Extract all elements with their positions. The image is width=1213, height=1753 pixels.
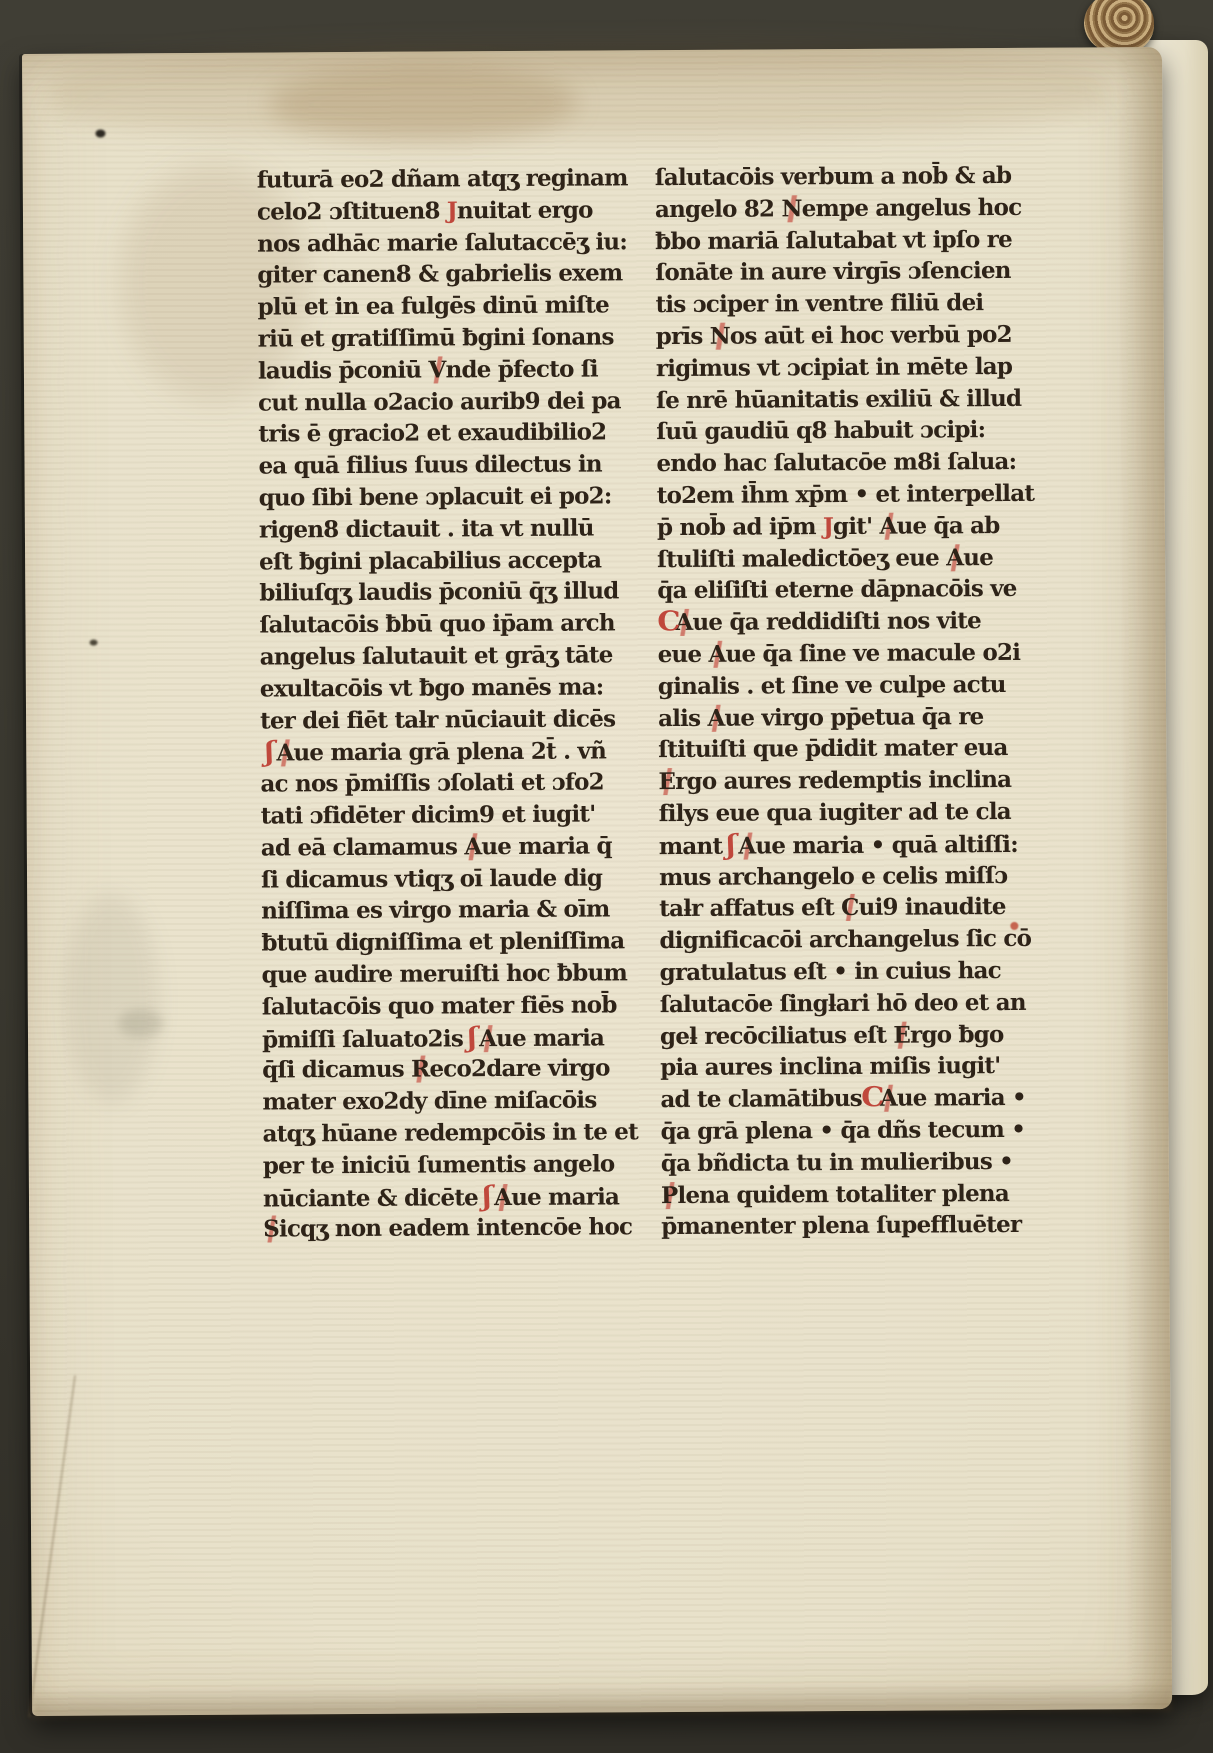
text-run: per te iniciū ſumentis angelo [263, 1150, 615, 1179]
red-stroked-initial: A [946, 544, 963, 571]
text-run: filys eue qua iugiter ad te cla [659, 798, 1011, 827]
text-run: geƚ recōciliatus eſt [660, 1021, 894, 1049]
text-run: os aūt ei hoc verbū po2 [730, 321, 1012, 350]
text-line: Ergo aures redemptis inclina [658, 764, 1010, 798]
text-line: giter canen8 & gabrielis exem [257, 258, 609, 292]
red-stroked-initial: A [708, 641, 725, 668]
text-line: to2em ih̄m xp̄m • et interpellat [657, 478, 1009, 512]
text-line: ſalutacōis ƀbū quo ip̄am arch [259, 608, 611, 642]
text-run: nuitat ergo [457, 196, 593, 224]
text-run: ſalutacōis quo mater fiēs nob̄ [262, 991, 617, 1020]
text-run: ſtuliſti maledictōeʒ eue [657, 544, 946, 573]
text-run: nos adhāc marie ſalutaccēʒ iu: [257, 228, 627, 257]
text-line: p̄ nob̄ ad ip̄m Jgit' Aue q̄a ab [657, 510, 1009, 544]
text-line: alis Aue virgo pp̄etua q̄a re [658, 701, 1010, 735]
text-run: giter canen8 & gabrielis exem [257, 260, 622, 289]
text-run: taƚr affatus eſt [659, 894, 841, 922]
text-line: rigen8 dictauit . ita vt nullū [259, 512, 611, 546]
text-line: ſuū gaudiū q8 habuit ɔcipi: [656, 414, 1008, 448]
text-line: laudis p̄coniū Vnde p̄fecto ſi [258, 353, 610, 387]
page-crease [28, 1375, 76, 1717]
text-run: ue virgo pp̄etua q̄a re [724, 703, 983, 732]
text-run: ſalutacōe ſingƚari hō deo et an [660, 989, 1026, 1018]
text-line: ſonāte in aure virgīs ɔſencien [655, 255, 1007, 289]
text-run: mater exo2dy dīne miſacōis [262, 1087, 596, 1116]
stain [32, 1681, 1172, 1718]
text-run: ue maria [496, 1024, 604, 1052]
text-column-right: ſalutacōis verbum a nob̄ & abangelo 82 N… [655, 160, 1014, 1243]
text-line: quo ſibi bene ɔplacuit ei po2: [259, 480, 611, 514]
text-line: eſt ƀgini placabilius accepta [259, 544, 611, 578]
text-line: q̄a bñdicta tu in mulieribus • [661, 1146, 1013, 1180]
text-run: tati ɔfidēter dicim9 et iugit' [261, 800, 596, 829]
red-stroked-initial: P [661, 1182, 678, 1209]
text-line: ſtituiſti que p̄didit mater eua [658, 732, 1010, 766]
red-stroked-initial: N [710, 323, 730, 350]
text-line: rigimus vt ɔcipiat in mēte lap [656, 351, 1008, 385]
text-run: endo hac ſalutacōe m8i ſalua: [656, 448, 1016, 477]
text-run: celo2 ɔſtituen8 [257, 197, 447, 225]
text-run: nūciante & dicēte [263, 1184, 478, 1212]
text-run: exultacōis vt ƀgo manēs ma: [260, 673, 604, 702]
red-stroked-initial: S [263, 1216, 279, 1243]
text-run: futurā eo2 dñam atqʒ reginam [257, 164, 628, 193]
text-line: pia aures inclina miſis iugit' [660, 1050, 1012, 1084]
text-line: biliuſqʒ laudis p̄coniū q̄ʒ illud [259, 576, 611, 610]
text-run: que audire meruiſti hoc ƀbum [262, 959, 628, 988]
text-line: geƚ recōciliatus eſt Ergo ƀgo [660, 1018, 1012, 1052]
text-line: ſalutacōe ſingƚari hō deo et an [660, 987, 1012, 1021]
red-stroked-initial: R [411, 1056, 429, 1083]
text-run: ea quā filius ſuus dilectus in [258, 451, 601, 480]
text-line: ea quā filius ſuus dilectus in [258, 449, 610, 483]
text-run: ƀtutū digniſſima et pleniſſima [261, 927, 624, 956]
text-run: dignificacōi archangelus ſic cō [659, 925, 1031, 954]
text-line: q̄ſi dicamus Reco2dare virgo [262, 1053, 614, 1087]
paragraph-mark-icon: C [862, 1082, 884, 1116]
text-line: ſtuliſti maledictōeʒ eue Aue [657, 542, 1009, 576]
text-run: icqʒ non eadem intencōe hoc [279, 1214, 632, 1243]
text-run: ter dei fiēt taƚr nūciauit dicēs [260, 705, 615, 734]
rubricated-initial: J [447, 197, 457, 224]
text-run: rgo aures redemptis inclina [675, 766, 1011, 795]
paragraph-mark-icon: C [657, 606, 679, 640]
text-run: ue maria • quā altiſſi: [755, 831, 1018, 860]
text-line: CAue q̄a reddidiſti nos vite [657, 605, 1009, 639]
text-run: p̄ nob̄ ad ip̄m [657, 513, 823, 541]
text-run: tis ɔciper in ventre filiū dei [655, 289, 983, 318]
text-column-left: futurā eo2 dñam atqʒ reginamcelo2 ɔſtitu… [257, 162, 616, 1245]
text-line: ſe nrē hūanitatis exiliū & illud [656, 383, 1008, 417]
red-stroked-initial: A [276, 740, 293, 767]
fore-edge-coil [1084, 0, 1154, 54]
text-line: riū et gratiſſimū ƀgini ſonans [258, 321, 610, 355]
text-run: gratulatus eſt • in cuius hac [660, 957, 1001, 986]
text-line: futurā eo2 dñam atqʒ reginam [257, 162, 609, 196]
paragraph-mark-icon: ʃ [466, 1021, 478, 1054]
text-line: ad eā clamamus Aue maria q̄ [261, 830, 613, 864]
text-line: ʃAue maria grā plena 2t̄ . vñ [260, 735, 612, 769]
red-stroked-initial: A [479, 1025, 496, 1052]
text-run: to2em ih̄m xp̄m • et interpellat [657, 480, 1035, 509]
text-run: rigimus vt ɔcipiat in mēte lap [656, 353, 1012, 382]
text-run: prīs [656, 323, 710, 350]
text-run: rigen8 dictauit . ita vt nullū [259, 514, 594, 543]
text-run: ue [963, 544, 993, 571]
red-stroked-initial: N [781, 195, 801, 222]
red-stroked-initial: A [879, 512, 896, 539]
text-run: p̄manenter plena ſupeffluēter [661, 1211, 1021, 1240]
ink-speck [95, 129, 105, 137]
stain [118, 1009, 164, 1037]
text-line: p̄miſſi ſaluato2isʃAue maria [262, 1021, 614, 1055]
red-stroked-initial: E [658, 768, 675, 795]
text-run: pia aures inclina miſis iugit' [660, 1052, 1000, 1081]
text-run: ginalis . et ſine ve culpe actu [658, 671, 1006, 700]
text-line: ƀbo mariā ſalutabat vt ipſo re [655, 224, 1007, 258]
red-stroked-initial: V [428, 356, 445, 383]
text-run: rgo ƀgo [910, 1021, 1004, 1049]
text-line: ter dei fiēt taƚr nūciauit dicēs [260, 703, 612, 737]
text-run: angelo 82 [655, 195, 782, 223]
text-run: q̄a bñdicta tu in mulieribus • [661, 1148, 1013, 1177]
text-line: plū et in ea fulgēs dinū miſte [257, 290, 609, 324]
book-scan-background: { "palette":{"paper":"#e9e2cc","ink":"#2… [0, 0, 1213, 1753]
text-run: p̄miſſi ſaluato2is [262, 1025, 463, 1053]
text-run: biliuſqʒ laudis p̄coniū q̄ʒ illud [259, 578, 618, 607]
text-run: ſonāte in aure virgīs ɔſencien [655, 257, 1010, 286]
text-run: empe angelus hoc [802, 194, 1022, 222]
text-run: mus archangelo e celis miſſɔ [659, 862, 1008, 891]
text-line: mater exo2dy dīne miſacōis [262, 1085, 614, 1119]
text-line: Plena quidem totaliter plena [661, 1177, 1013, 1211]
text-line: endo hac ſalutacōe m8i ſalua: [656, 446, 1008, 480]
text-line: atqʒ hūane redempcōis in te et [263, 1116, 615, 1150]
text-run: niſſima es virgo maria & oīm [261, 896, 609, 925]
text-run: cut nulla o2acio aurib9 dei pa [258, 387, 621, 416]
text-line: tris ē gracio2 et exaudibilio2 [258, 417, 610, 451]
text-run: eco2dare virgo [429, 1055, 609, 1083]
text-run: alis [658, 704, 708, 731]
stain [63, 893, 159, 1104]
text-run: laudis p̄coniū [258, 356, 429, 384]
rubricated-initial: J [823, 513, 833, 540]
red-stroked-initial: A [494, 1184, 511, 1211]
text-line: cut nulla o2acio aurib9 dei pa [258, 385, 610, 419]
text-run: q̄a eliſiſti eterne dāpnacōis ve [657, 575, 1016, 604]
text-run: plū et in ea fulgēs dinū miſte [257, 292, 609, 321]
text-run: ſi dicamus vtiqʒ oī laude dig [261, 864, 602, 893]
text-run: ſalutacōis verbum a nob̄ & ab [655, 162, 1012, 191]
text-line: q̄a grā plena • q̄a dñs tecum • [660, 1114, 1012, 1148]
text-run: eſt ƀgini placabilius accepta [259, 546, 601, 575]
text-run: ſtituiſti que p̄didit mater eua [658, 734, 1007, 763]
text-run: eue [658, 641, 709, 668]
text-run: angelus ſalutauit et grāʒ tāte [260, 641, 613, 670]
text-run: ue q̄a ab [896, 512, 999, 540]
text-line: mantʃAue maria • quā altiſſi: [659, 828, 1011, 862]
text-run: tris ē gracio2 et exaudibilio2 [258, 419, 606, 448]
text-line: eue Aue q̄a ſine ve macule o2i [658, 637, 1010, 671]
text-run: git' [833, 513, 880, 540]
text-line: filys eue qua iugiter ad te cla [659, 796, 1011, 830]
paragraph-mark-icon: ʃ [263, 736, 275, 769]
text-line: q̄a eliſiſti eterne dāpnacōis ve [657, 573, 1009, 607]
text-run: riū et gratiſſimū ƀgini ſonans [258, 323, 614, 352]
text-run: ui9 inaudite [859, 893, 1006, 921]
text-line: ſalutacōis verbum a nob̄ & ab [655, 160, 1007, 194]
text-line: angelus ſalutauit et grāʒ tāte [260, 639, 612, 673]
text-run: mant [659, 832, 723, 859]
text-line: ad te clamātibusCAue maria • [660, 1082, 1012, 1116]
red-stroked-initial: A [707, 704, 724, 731]
text-run: ad te clamātibus [660, 1085, 862, 1113]
text-line: ſi dicamus vtiqʒ oī laude dig [261, 862, 613, 896]
text-run: ue maria q̄ [481, 832, 612, 860]
text-line: p̄manenter plena ſupeffluēter [661, 1209, 1013, 1243]
text-line: celo2 ɔſtituen8 Jnuitat ergo [257, 194, 609, 228]
text-run: q̄ſi dicamus [262, 1056, 411, 1084]
text-line: tis ɔciper in ventre filiū dei [655, 287, 1007, 321]
red-stroked-initial: E [893, 1021, 910, 1048]
text-run: ƀbo mariā ſalutabat vt ipſo re [655, 226, 1012, 255]
paragraph-mark-icon: ʃ [725, 829, 737, 862]
text-line: nūciante & dicēteʃAue maria [263, 1180, 615, 1214]
text-line: taƚr affatus eſt Cui9 inaudite [659, 891, 1011, 925]
text-line: mus archangelo e celis miſſɔ [659, 860, 1011, 894]
text-run: ue q̄a reddidiſti nos vite [692, 607, 981, 636]
text-line: niſſima es virgo maria & oīm [261, 894, 613, 928]
paragraph-mark-icon: ʃ [481, 1180, 493, 1213]
text-line: gratulatus eſt • in cuius hac [660, 955, 1012, 989]
text-run: ſalutacōis ƀbū quo ip̄am arch [259, 610, 614, 639]
text-run: lena quidem totaliter plena [677, 1179, 1009, 1208]
text-run: atqʒ hūane redempcōis in te et [263, 1118, 638, 1147]
text-run: quo ſibi bene ɔplacuit ei po2: [259, 482, 612, 511]
text-line: ſalutacōis quo mater fiēs nob̄ [262, 989, 614, 1023]
text-line: tati ɔfidēter dicim9 et iugit' [261, 798, 613, 832]
text-line: per te iniciū ſumentis angelo [263, 1148, 615, 1182]
text-line: ac nos p̄miſſis ɔſolati et ɔfo2 [260, 767, 612, 801]
stain [268, 65, 578, 143]
text-run: ue q̄a ſine ve macule o2i [725, 639, 1020, 668]
text-run: q̄a grā plena • q̄a dñs tecum • [661, 1116, 1026, 1145]
stain [48, 43, 1109, 141]
text-run: ſe nrē hūanitatis exiliū & illud [656, 384, 1021, 413]
text-run: ſuū gaudiū q8 habuit ɔcipi: [656, 416, 985, 445]
text-run: ue maria grā plena 2t̄ . vñ [293, 738, 606, 767]
text-line: prīs Nos aūt ei hoc verbū po2 [656, 319, 1008, 353]
text-line: Sicqʒ non eadem intencōe hoc [263, 1212, 615, 1246]
text-run: ac nos p̄miſſis ɔſolati et ɔfo2 [260, 769, 603, 798]
red-stroked-initial: C [841, 894, 859, 921]
text-line: nos adhāc marie ſalutaccēʒ iu: [257, 226, 609, 260]
text-run: ad eā clamamus [261, 833, 465, 861]
text-line: que audire meruiſti hoc ƀbum [262, 957, 614, 991]
ink-speck [90, 640, 98, 646]
text-line: dignificacōi archangelus ſic cō [659, 923, 1011, 957]
page: futurā eo2 dñam atqʒ reginamcelo2 ɔſtitu… [22, 47, 1172, 1716]
text-line: ginalis . et ſine ve culpe actu [658, 669, 1010, 703]
text-line: angelo 82 Nempe angelus hoc [655, 192, 1007, 226]
text-line: exultacōis vt ƀgo manēs ma: [260, 671, 612, 705]
red-stroked-initial: A [464, 833, 481, 860]
text-run: nde p̄fecto ſi [445, 355, 597, 383]
text-run: ue maria [511, 1183, 619, 1211]
text-run: ue maria • [897, 1084, 1026, 1112]
red-stroked-initial: A [738, 832, 755, 859]
text-line: ƀtutū digniſſima et pleniſſima [261, 926, 613, 960]
